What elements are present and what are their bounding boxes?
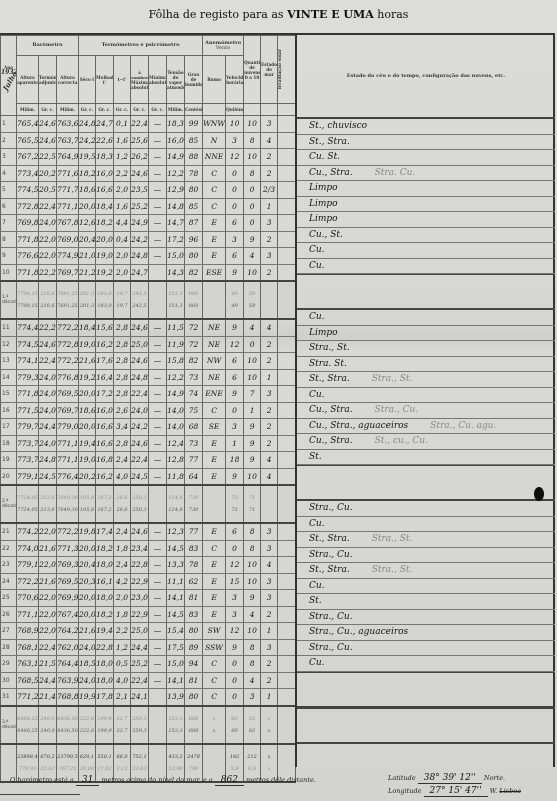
cell-mar: 4 — [261, 468, 278, 485]
sum-vel-copy: 60 — [226, 725, 243, 737]
day-number: 5 — [1, 182, 17, 199]
table-row: 24772,2021,6769,5220,316,14,222,9—11,162… — [1, 573, 296, 590]
remark-text: Stra., St. — [309, 343, 350, 353]
cell-alt-ap: 773,75 — [17, 435, 39, 452]
cell-alt-ap: 769,80 — [17, 215, 39, 232]
cell-mar: 2 — [261, 149, 278, 166]
remark-line: Stra., St. — [297, 341, 555, 357]
cell-dif: 2,8 — [114, 386, 131, 403]
cell-seco: 12,6 — [79, 215, 96, 232]
remark-line: St., Stra.Stra., St. — [297, 532, 555, 548]
day-number: 15 — [1, 386, 17, 403]
cell-max: 24,2 — [131, 231, 149, 248]
cell-rumo: E — [203, 557, 226, 574]
cell-seco: 19,5 — [79, 149, 96, 166]
cell-max: 25,0 — [131, 623, 149, 640]
cell-max: 25,2 — [131, 198, 149, 215]
cell-vel: 6 — [226, 523, 244, 540]
cell-dif: 3,4 — [114, 419, 131, 436]
summary-cell — [149, 485, 167, 523]
day-number: 26 — [1, 606, 17, 623]
cell-mar: 2 — [261, 419, 278, 436]
max-abs-header: À sombraMáxima absoluta — [131, 56, 149, 104]
remark-line: Cu., Stra.Stra. Cu. — [297, 166, 555, 182]
cell-max: 22,9 — [131, 606, 149, 623]
cell-alt-ap: 779,70 — [17, 419, 39, 436]
day-number: 3 — [1, 149, 17, 166]
sum-alt-cor-copy: 8436,50 — [57, 725, 78, 737]
month-total-alt-cor: 23790,5 — [57, 751, 78, 763]
sum-tensao-copy: 151,3 — [167, 300, 184, 312]
cell-dif: 4,0 — [114, 468, 131, 485]
remark-text: St., Stra. — [309, 534, 350, 544]
summary-cell: 8466,258466,25 — [17, 706, 39, 744]
cell-irradiation — [278, 132, 296, 149]
cell-vel: 6 — [226, 215, 244, 232]
remark-text: Cu. — [309, 581, 325, 591]
sum-alt-cor: 7649,30 — [57, 492, 78, 504]
cell-term: 22,0 — [39, 523, 57, 540]
cell-rumo: E — [203, 573, 226, 590]
table-row: 10771,8022,2769,7521,219,22,024,714,382E… — [1, 264, 296, 281]
summary-cell: 730730 — [185, 485, 203, 523]
remark-line: Stra., Cu., aguaceiros — [297, 625, 555, 641]
cell-seco: 21,6 — [79, 623, 96, 640]
sum-alt-cor: 7691,25 — [57, 288, 78, 300]
cell-dif: 2,2 — [114, 623, 131, 640]
table-row: 7769,8024,0767,8712,618,24,424,9—14,787E… — [1, 215, 296, 232]
remark-text: Cu. — [309, 658, 325, 668]
cell-molh: 18,0 — [96, 557, 114, 574]
table-row: 15771,8524,0769,5720,017,22,822,4—14,974… — [1, 386, 296, 403]
cell-alt-ap: 768,15 — [17, 639, 39, 656]
cell-alt-cor: 767,43 — [57, 606, 79, 623]
cell-seco: 20,0 — [79, 386, 96, 403]
cell-irradiation — [278, 452, 296, 469]
cell-alt-ap: 774,10 — [17, 353, 39, 370]
cell-seco: 24,0 — [79, 672, 96, 689]
cell-dif: 2,2 — [114, 165, 131, 182]
month-total-mar: x — [261, 751, 277, 763]
cell-mar: 1 — [261, 369, 278, 386]
day-number: 9 — [1, 248, 17, 265]
cell-rumo: NW — [203, 353, 226, 370]
sum-hum: 730 — [185, 492, 202, 504]
cell-irradiation — [278, 468, 296, 485]
wind-speed-header: Velocidade horária — [226, 56, 244, 104]
cell-max: 24,6 — [131, 523, 149, 540]
day-number: 24 — [1, 573, 17, 590]
cell-rumo: E — [203, 452, 226, 469]
cell-hum: 94 — [185, 656, 203, 673]
cell-seco: 19,0 — [79, 452, 96, 469]
cell-tensao: 14,9 — [167, 386, 185, 403]
cell-seco: 19,4 — [79, 435, 96, 452]
cell-term: 24,0 — [39, 215, 57, 232]
cell-term: 21,5 — [39, 656, 57, 673]
summary-cell: 7649,307649,30 — [57, 485, 79, 523]
summary-cell: 124,8124,8 — [167, 485, 185, 523]
cell-min — [149, 689, 167, 706]
cell-alt-ap: 774,50 — [17, 336, 39, 353]
wet-bulb-header: Molhado t' — [96, 56, 114, 104]
cell-max: 24,4 — [131, 639, 149, 656]
cell-rumo: C — [203, 165, 226, 182]
cell-molh: 18,2 — [96, 606, 114, 623]
cell-hum: 82 — [185, 353, 203, 370]
remark-line: Cu. — [297, 656, 555, 672]
cell-molh: 16,6 — [96, 435, 114, 452]
cell-alt-ap: 771,15 — [17, 606, 39, 623]
cell-rumo: C — [203, 182, 226, 199]
cell-alt-cor: 764,97 — [57, 149, 79, 166]
cell-nuv: 9 — [244, 419, 261, 436]
day-number: 18 — [1, 435, 17, 452]
cell-alt-ap: 774,50 — [17, 182, 39, 199]
cell-molh: 17,4 — [96, 523, 114, 540]
cell-dif: 4,0 — [114, 672, 131, 689]
remark-line: Cu., Stra., aguaceirosStra., Cu. agu. — [297, 419, 555, 435]
cell-min: — — [149, 606, 167, 623]
sum-molh-copy: 199,9 — [96, 725, 113, 737]
remark-text: Stra. St. — [309, 359, 347, 369]
summary-cell: 888888 — [185, 706, 203, 744]
title-hour: VINTE E UMA — [287, 8, 374, 21]
cell-max: 25,2 — [131, 656, 149, 673]
cell-rumo: E — [203, 231, 226, 248]
remark-line: St., chuvisco — [297, 119, 555, 135]
summary-cell: 6060 — [226, 706, 244, 744]
remarks-month-gap — [297, 708, 555, 744]
cell-irradiation — [278, 706, 296, 744]
cell-tensao: 12,4 — [167, 435, 185, 452]
latitude-value: 38° 39' 12'' — [418, 773, 482, 784]
cell-rumo: E — [203, 468, 226, 485]
cell-term: 22,0 — [39, 606, 57, 623]
cell-vel: 0 — [226, 198, 244, 215]
cell-min: — — [149, 639, 167, 656]
cell-alt-cor: 776,40 — [57, 468, 79, 485]
cell-dif: 2,0 — [114, 182, 131, 199]
cell-hum: 85 — [185, 198, 203, 215]
cell-molh: 20,0 — [96, 231, 114, 248]
cell-irradiation — [278, 353, 296, 370]
sum-seco-copy: 222,6 — [79, 725, 95, 737]
cell-max: 24,0 — [131, 402, 149, 419]
cell-dif: 0,5 — [114, 656, 131, 673]
cell-hum: 62 — [185, 573, 203, 590]
remarks-summary-gap — [297, 465, 555, 501]
wind-direction-header: Rumo — [203, 56, 226, 104]
cell-alt-cor: 763,91 — [57, 672, 79, 689]
cell-max: 23,0 — [131, 590, 149, 607]
cell-tensao: 16,0 — [167, 132, 185, 149]
cell-dif: 2,0 — [114, 590, 131, 607]
cell-tensao: 14,8 — [167, 198, 185, 215]
cell-dif: 1,8 — [114, 540, 131, 557]
remark-line: Stra., Cu. — [297, 548, 555, 564]
cell-vel: 3 — [226, 132, 244, 149]
cell-molh: 19,2 — [96, 264, 114, 281]
remark-correction: Stra., Cu. — [375, 405, 419, 415]
table-row: 20779,1024,5776,4020,216,24,024,5—11,864… — [1, 468, 296, 485]
cell-molh: 16,8 — [96, 452, 114, 469]
remark-line: Cu. — [297, 517, 555, 533]
remark-text: Cu. — [309, 261, 325, 271]
sum-dif-copy: 28,6 — [114, 504, 130, 516]
cell-vel: 3 — [226, 419, 244, 436]
cell-irradiation — [278, 419, 296, 436]
summary-cell: 8436,508436,50 — [57, 706, 79, 744]
cell-nuv: 1 — [244, 402, 261, 419]
day-number: 25 — [1, 590, 17, 607]
cell-alt-cor: 764,23 — [57, 623, 79, 640]
cell-mar: 1 — [261, 198, 278, 215]
cell-nuv: 10 — [244, 264, 261, 281]
cell-hum: 77 — [185, 523, 203, 540]
sum-molh-copy: 167,2 — [96, 504, 113, 516]
cell-max: 24,1 — [131, 689, 149, 706]
cell-nuv: 8 — [244, 656, 261, 673]
cell-max: 24,6 — [131, 165, 149, 182]
day-number: 17 — [1, 419, 17, 436]
cell-rumo: C — [203, 656, 226, 673]
cell-vel: 0 — [226, 182, 244, 199]
cell-irradiation — [278, 215, 296, 232]
summary-cell — [203, 281, 226, 319]
corrected-height-header: Altura correcta — [57, 56, 79, 104]
day-number: 11 — [1, 319, 17, 336]
cell-molh: 16,1 — [96, 573, 114, 590]
month-total-nuv: 212 — [244, 751, 260, 763]
cell-mar: 4 — [261, 319, 278, 336]
remark-correction: Stra. Cu. — [375, 168, 416, 178]
cell-max: 24,9 — [131, 215, 149, 232]
remark-line: Cu. — [297, 243, 555, 259]
cell-vel: 6 — [226, 353, 244, 370]
day-number: 23 — [1, 557, 17, 574]
cell-vel: 12 — [226, 623, 244, 640]
cell-alt-cor: 772,25 — [57, 319, 79, 336]
cell-nuv: 3 — [244, 689, 261, 706]
cell-tensao: 14,0 — [167, 419, 185, 436]
cell-dif: 2,1 — [114, 689, 131, 706]
cell-tensao: 14,3 — [167, 264, 185, 281]
cell-tensao: 12,2 — [167, 369, 185, 386]
cell-max: 24,5 — [131, 468, 149, 485]
cell-vel: 6 — [226, 248, 244, 265]
cell-irradiation — [278, 369, 296, 386]
cell-molh: 16,0 — [96, 165, 114, 182]
cell-irradiation — [278, 672, 296, 689]
table-row: 17779,7024,4779,0220,016,63,424,2—14,068… — [1, 419, 296, 436]
cell-term: 24,6 — [39, 116, 57, 133]
cell-seco: 18,2 — [79, 165, 96, 182]
barometer-altitude: 31 — [76, 775, 99, 786]
cell-mar: 2 — [261, 165, 278, 182]
cell-hum: 78 — [185, 557, 203, 574]
sum-max: 242,5 — [131, 288, 148, 300]
sum-dif: 22,7 — [114, 713, 130, 725]
cell-dif: 0,4 — [114, 231, 131, 248]
sum-max: 250,3 — [131, 492, 148, 504]
cell-alt-cor: 769,75 — [57, 264, 79, 281]
cell-rumo: NNE — [203, 149, 226, 166]
remark-text: Limpo — [309, 328, 338, 338]
remark-text: Cu. — [309, 312, 325, 322]
cell-min: — — [149, 353, 167, 370]
cell-hum: 99 — [185, 116, 203, 133]
table-row: 18773,7524,0771,1219,416,62,824,6—12,473… — [1, 435, 296, 452]
cell-min — [149, 264, 167, 281]
cell-tensao: 11,1 — [167, 573, 185, 590]
sum-alt-ap-copy: 7724,05 — [17, 504, 38, 516]
apparent-height-header: Altura aparente — [17, 56, 39, 104]
unit-mm: Milím. — [17, 104, 39, 116]
summary-cell: 222,6222,6 — [79, 706, 96, 744]
cell-nuv: 9 — [244, 231, 261, 248]
cell-min: — — [149, 523, 167, 540]
cell-alt-ap: 768,55 — [17, 672, 39, 689]
cell-hum: 81 — [185, 672, 203, 689]
cell-molh: 18,2 — [96, 215, 114, 232]
sum-dif-copy: 22,7 — [114, 725, 130, 737]
cell-alt-ap: 771,55 — [17, 402, 39, 419]
cell-alt-cor: 771,65 — [57, 165, 79, 182]
cell-irradiation — [278, 485, 296, 523]
sum-alt-ap: 7724,05 — [17, 492, 38, 504]
cell-vel: 0 — [226, 672, 244, 689]
unit-mm: Milím. — [167, 104, 185, 116]
cell-mar: 2 — [261, 656, 278, 673]
cell-alt-cor: 769,37 — [57, 557, 79, 574]
cell-term: 22,2 — [39, 319, 57, 336]
cell-term: 22,0 — [39, 231, 57, 248]
table-row: 8771,8022,0769,0720,420,00,424,2—17,296E… — [1, 231, 296, 248]
remark-line: Cu. — [297, 579, 555, 595]
cell-dif: 2,4 — [114, 523, 131, 540]
cell-alt-ap: 776,65 — [17, 248, 39, 265]
cell-term: 22,5 — [39, 149, 57, 166]
sum-alt-ap-copy: 7708,15 — [17, 300, 38, 312]
cell-dif: 2,8 — [114, 353, 131, 370]
cell-rumo: SE — [203, 419, 226, 436]
cell-seco: 18,6 — [79, 182, 96, 199]
table-row: 13774,1022,4772,2221,617,62,824,6—15,882… — [1, 353, 296, 370]
cell-dif: 0,1 — [114, 116, 131, 133]
cell-min: — — [149, 557, 167, 574]
cell-term: 21,4 — [39, 689, 57, 706]
cell-rumo: C — [203, 672, 226, 689]
cell-hum: 75 — [185, 402, 203, 419]
remark-line: Limpo — [297, 181, 555, 197]
table-row: 14779,3024,0776,8919,216,42,824,8—12,273… — [1, 369, 296, 386]
summary-cell — [203, 485, 226, 523]
remark-text: Stra., Cu., aguaceiros — [309, 627, 408, 637]
cell-term: 24,4 — [39, 672, 57, 689]
cell-alt-ap: 771,85 — [17, 386, 39, 403]
cell-tensao: 14,9 — [167, 149, 185, 166]
remark-text: Cu., St. — [309, 230, 343, 240]
cell-vel: 12 — [226, 149, 244, 166]
barometer-group-header: Barómetro — [17, 36, 79, 56]
remark-correction: Stra., St. — [372, 534, 413, 544]
cell-alt-cor: 771,35 — [57, 540, 79, 557]
sum-hum-copy: 888 — [185, 725, 202, 737]
cell-irradiation — [278, 573, 296, 590]
cell-molh: 16,0 — [96, 402, 114, 419]
sum-mar: x — [261, 713, 277, 725]
table-row: 6772,8022,4771,1220,018,41,625,2—14,885C… — [1, 198, 296, 215]
day-number: 19 — [1, 452, 17, 469]
summary-cell: 240,0240,0 — [39, 706, 57, 744]
table-row: 23779,1022,0769,3720,418,02,422,8—13,378… — [1, 557, 296, 574]
cell-vel: 10 — [226, 116, 244, 133]
cell-rumo: ESE — [203, 264, 226, 281]
table-row: 12774,5024,6772,8519,016,22,825,0—11,972… — [1, 336, 296, 353]
cell-alt-ap: 771,20 — [17, 689, 39, 706]
summary-cell: 151,3151,3 — [167, 281, 185, 319]
cell-seco: 20,3 — [79, 573, 96, 590]
sum-nuv: 82 — [244, 713, 260, 725]
cell-alt-ap: 765,50 — [17, 132, 39, 149]
cell-irradiation — [278, 198, 296, 215]
sum-alt-ap: 7708,15 — [17, 288, 38, 300]
humidity-header: Grau de humidade — [185, 56, 203, 104]
cell-seco: 20,2 — [79, 468, 96, 485]
cell-rumo: NE — [203, 369, 226, 386]
summary-cell: 19,719,7 — [114, 281, 131, 319]
remark-correction: Stra., St. — [372, 374, 413, 384]
cell-seco: 19,0 — [79, 336, 96, 353]
cell-rumo: E — [203, 435, 226, 452]
summary-cell — [261, 281, 278, 319]
remark-line: Cu. — [297, 259, 555, 275]
remark-text: St., Stra. — [309, 137, 350, 147]
cell-vel: 0 — [226, 165, 244, 182]
table-row: 30768,5524,4763,9124,018,04,022,4—14,181… — [1, 672, 296, 689]
cell-rumo: E — [203, 215, 226, 232]
cell-vel: 18 — [226, 452, 244, 469]
cell-dif: 2,0 — [114, 248, 131, 265]
cell-alt-cor: 764,44 — [57, 656, 79, 673]
cell-max: 24,6 — [131, 435, 149, 452]
unit-mm: Milím. — [57, 104, 79, 116]
table-row: 1765,4524,6763,6624,824,70,122,4—18,399W… — [1, 116, 296, 133]
cell-max: 22,4 — [131, 672, 149, 689]
remark-text: Cu., Stra., aguaceiros — [309, 421, 408, 431]
cell-min: — — [149, 402, 167, 419]
cell-mar: 2 — [261, 231, 278, 248]
cell-seco: 19,9 — [79, 689, 96, 706]
cell-alt-cor: 771,12 — [57, 435, 79, 452]
cell-seco: 24,8 — [79, 116, 96, 133]
cell-vel: 12 — [226, 336, 244, 353]
cell-max: 26,2 — [131, 149, 149, 166]
footer-rule — [0, 794, 80, 795]
cell-molh: 18,0 — [96, 672, 114, 689]
cell-irradiation — [278, 231, 296, 248]
cell-alt-cor: 768,84 — [57, 689, 79, 706]
day-number: 10 — [1, 264, 17, 281]
month-total-tensao: 433,2 — [167, 751, 184, 763]
table-row: 22774,0521,6771,3520,018,21,823,4—14,583… — [1, 540, 296, 557]
cell-irradiation — [278, 689, 296, 706]
cell-term: 22,0 — [39, 557, 57, 574]
cell-alt-cor: 774,92 — [57, 248, 79, 265]
cell-mar: 3 — [261, 248, 278, 265]
day-number: 31 — [1, 689, 17, 706]
